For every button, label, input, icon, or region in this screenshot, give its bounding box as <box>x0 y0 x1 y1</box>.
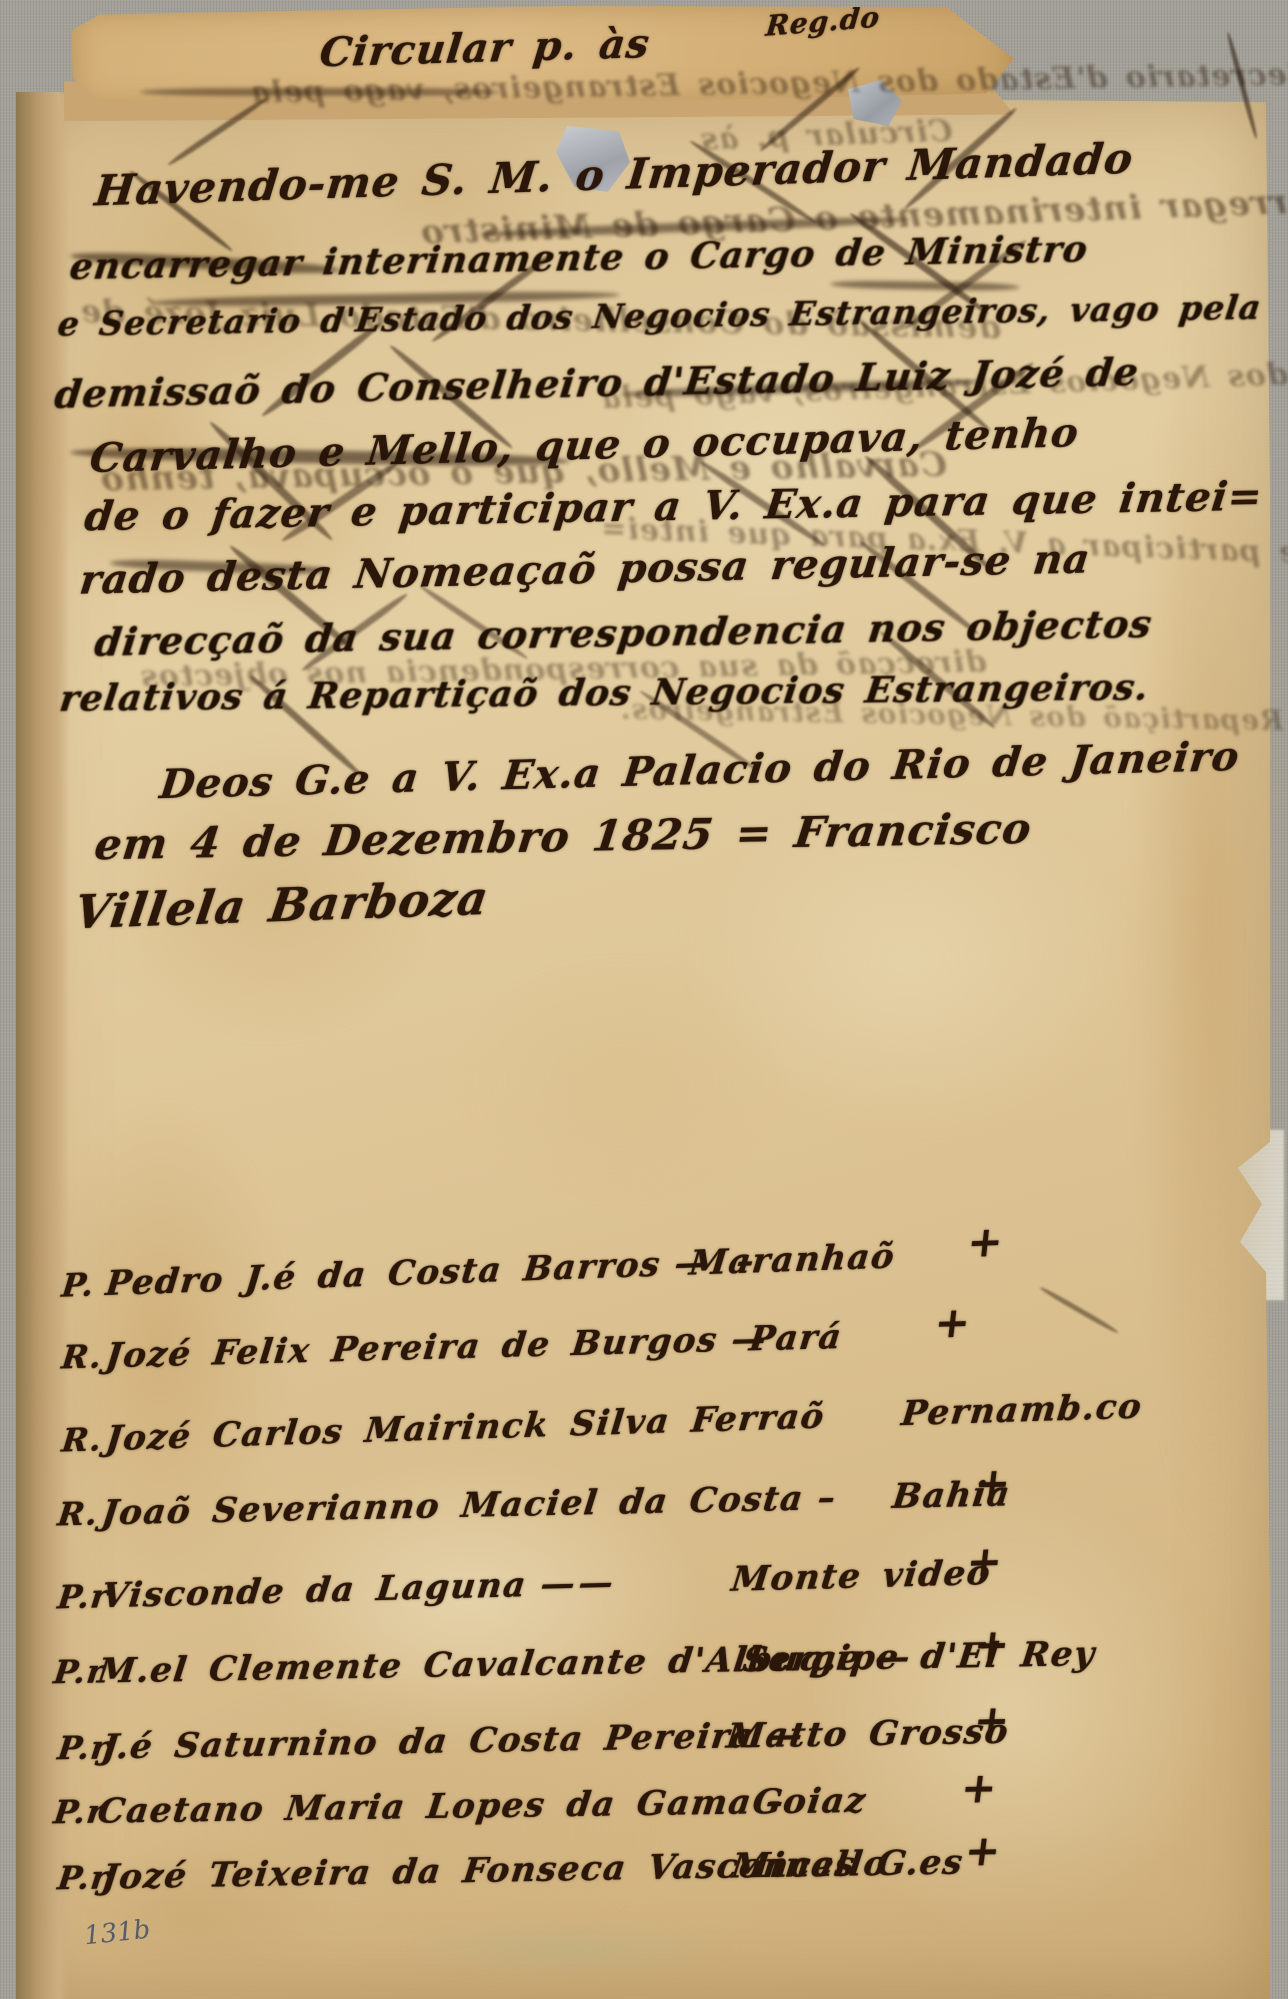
recipient-mark: P.r <box>56 1728 105 1767</box>
registry-mark: Reg.do <box>764 0 881 43</box>
recipient-mark: P. <box>60 1265 108 1305</box>
recipient-mark: R. <box>60 1337 108 1376</box>
check-cross: + <box>971 1696 1014 1746</box>
check-cross: + <box>971 1620 1014 1670</box>
recipient-destination: Minas G.es <box>729 1842 966 1886</box>
recipient-mark: R. <box>56 1494 105 1533</box>
recipient-destination: Pará <box>747 1317 844 1360</box>
manuscript-page: Circular p. às Reg.do e Secretario d'Est… <box>0 0 1288 1999</box>
circular-title: Circular p. às <box>317 20 652 76</box>
recipient-destination: Pernamb.co <box>899 1386 1144 1434</box>
check-cross: + <box>958 1763 1001 1813</box>
recipient-separator: – <box>815 1478 841 1519</box>
recipient-mark: P.r <box>56 1577 104 1616</box>
recipient-destination: Monte video <box>729 1553 993 1600</box>
ink-smudge <box>140 88 500 96</box>
recipient-mark: P.r <box>52 1793 101 1832</box>
recipient-destination: Sergipe d'El Rey <box>740 1634 1097 1680</box>
recipient-separator: —— <box>538 1563 619 1605</box>
check-cross: + <box>962 1826 1005 1876</box>
check-cross: + <box>965 1217 1007 1267</box>
check-cross: + <box>964 1537 1006 1587</box>
recipient-mark: P.r <box>56 1858 105 1897</box>
recipient-separator <box>837 1396 841 1436</box>
recipient-mark: P.r <box>52 1652 101 1691</box>
recipient-destination: Matto Grosso <box>724 1712 1011 1757</box>
recipient-name: Caetano Maria Lopes da Gama <box>95 1782 754 1831</box>
check-cross: + <box>972 1458 1015 1508</box>
check-cross: + <box>932 1297 974 1347</box>
paper-stain <box>460 960 780 1200</box>
paper-stain <box>400 1920 740 1980</box>
recipient-destination: Goiaz <box>750 1781 869 1823</box>
recipient-destination: Maranhaõ <box>687 1236 897 1283</box>
recipient-mark: R. <box>60 1420 108 1460</box>
